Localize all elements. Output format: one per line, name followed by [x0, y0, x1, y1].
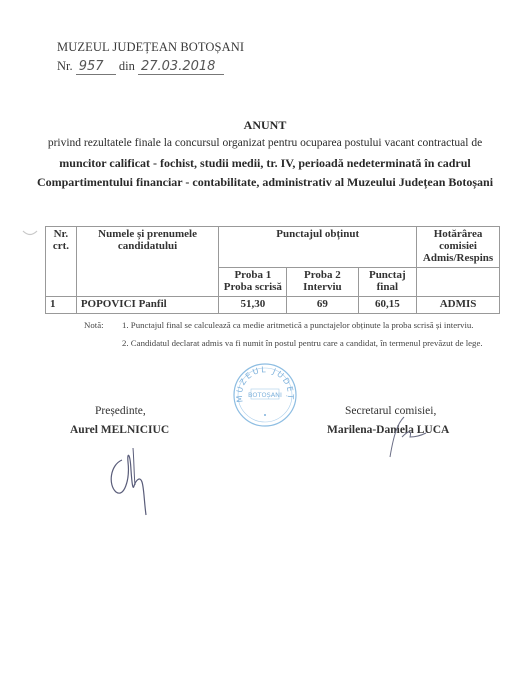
registration-line: Nr. 957 din 27.03.2018: [57, 59, 224, 75]
cell-name: POPOVICI Panfil: [76, 297, 219, 314]
institution-name: MUZEUL JUDEȚEAN BOTOȘANI: [57, 40, 244, 55]
announcement-line-1: privind rezultatele finale la concursul …: [0, 137, 530, 149]
nr-label: Nr.: [57, 59, 73, 73]
col-name: Numele și prenumelecandidatului: [76, 227, 219, 297]
note-2: 2. Candidatul declarat admis va fi numit…: [84, 334, 483, 352]
col-proba1: Proba 1Proba scrisă: [219, 268, 287, 297]
svg-text:BOTOȘANI: BOTOȘANI: [248, 391, 282, 399]
col-nr: Nr.crt.: [46, 227, 77, 297]
din-label: din: [119, 59, 135, 73]
president-role: Președinte,: [95, 405, 146, 417]
registration-number: 957: [76, 60, 116, 75]
cell-final: 60,15: [358, 297, 417, 314]
cell-decision: ADMIS: [417, 297, 500, 314]
cell-proba1: 51,30: [219, 297, 287, 314]
col-final: Punctajfinal: [358, 268, 417, 297]
col-score-group: Punctajul obținut: [219, 227, 417, 268]
results-table: Nr.crt. Numele și prenumelecandidatului …: [45, 226, 500, 314]
cell-proba2: 69: [287, 297, 358, 314]
table-row: 1 POPOVICI Panfil 51,30 69 60,15 ADMIS: [46, 297, 500, 314]
cell-nr: 1: [46, 297, 77, 314]
institution-stamp: MUZEUL JUDEȚEAN BOTOȘANI: [232, 362, 298, 428]
notes-label: Notă:: [84, 316, 122, 334]
col-decision-empty: [417, 268, 500, 297]
secretary-signature-icon: [382, 415, 432, 460]
announcement-line-2: muncitor calificat - fochist, studii med…: [0, 156, 530, 171]
announcement-line-3: Compartimentului financiar - contabilita…: [0, 175, 530, 190]
note-1: 1. Punctajul final se calculează ca medi…: [122, 320, 474, 330]
registration-date: 27.03.2018: [138, 60, 224, 75]
president-name: Aurel MELNICIUC: [70, 424, 169, 436]
announcement-title: ANUNT: [0, 118, 530, 133]
notes: Notă:1. Punctajul final se calculează ca…: [84, 316, 483, 352]
table-header-row: Nr.crt. Numele și prenumelecandidatului …: [46, 227, 500, 268]
col-proba2: Proba 2Interviu: [287, 268, 358, 297]
president-signature-icon: [100, 440, 160, 520]
col-decision: HotărâreacomisieiAdmis/Respins: [417, 227, 500, 268]
margin-mark-icon: [22, 229, 38, 237]
